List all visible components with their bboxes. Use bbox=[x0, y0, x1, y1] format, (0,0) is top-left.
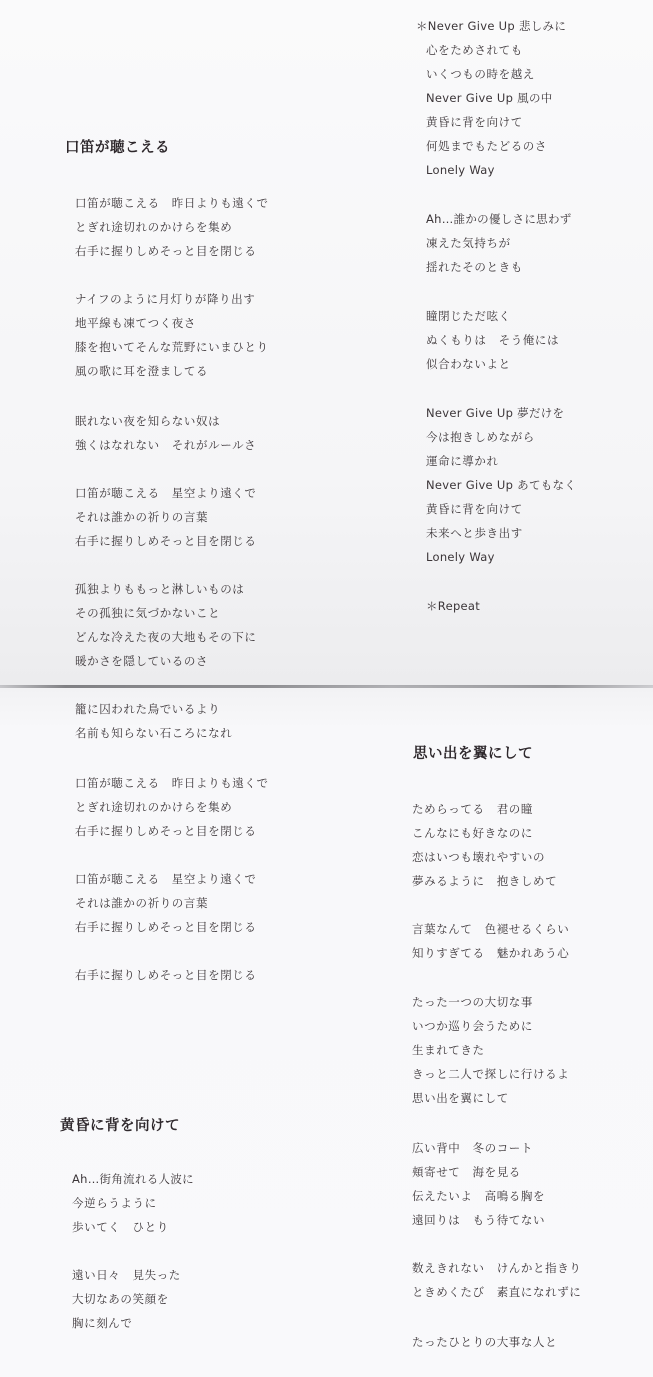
song-title-kuchibue: 口笛が聴こえる bbox=[65, 136, 170, 157]
lyric-line: 今は抱きしめながら bbox=[426, 425, 576, 449]
lyric-line: いくつもの時を越え bbox=[416, 62, 566, 86]
repeat-marker: ＊Repeat bbox=[426, 594, 480, 618]
stanza: 孤独よりももっと淋しいものは その孤独に気づかないこと どんな冷えた夜の大地もそ… bbox=[75, 577, 257, 673]
lyric-line: ときめくたび 素直になれずに bbox=[412, 1280, 581, 1304]
stanza: 広い背中 冬のコート 頬寄せて 海を見る 伝えたいよ 高鳴る胸を 遠回りは もう… bbox=[412, 1136, 545, 1232]
stanza: 籠に囚われた鳥でいるより 名前も知らない石ころになれ bbox=[75, 697, 232, 745]
lyric-line: Never Give Up あてもなく bbox=[426, 473, 576, 497]
lyric-line: 胸に刻んで bbox=[72, 1311, 181, 1335]
lyric-line: 右手に握りしめそっと目を閉じる bbox=[75, 529, 257, 553]
lyric-line: 心をためされても bbox=[416, 38, 566, 62]
lyric-line: 右手に握りしめそっと目を閉じる bbox=[75, 915, 257, 939]
lyric-line: 強くはなれない それがルールさ bbox=[75, 433, 256, 457]
lyric-line: ナイフのように月灯りが降り出す bbox=[75, 287, 269, 311]
lyric-line: 黄昏に背を向けて bbox=[426, 497, 576, 521]
lyric-line: 黄昏に背を向けて bbox=[416, 110, 566, 134]
lyric-line: 伝えたいよ 高鳴る胸を bbox=[412, 1184, 545, 1208]
stanza: 遠い日々 見失った 大切なあの笑顔を 胸に刻んで bbox=[72, 1263, 181, 1335]
lyric-line: 眠れない夜を知らない奴は bbox=[75, 409, 256, 433]
lyric-line: どんな冷えた夜の大地もその下に bbox=[75, 625, 257, 649]
lyric-line: 遠い日々 見失った bbox=[72, 1263, 181, 1287]
lyric-line: 歩いてく ひとり bbox=[72, 1215, 194, 1239]
stanza: 口笛が聴こえる 昨日よりも遠くで とぎれ途切れのかけらを集め 右手に握りしめそっ… bbox=[75, 771, 269, 843]
lyric-line: 思い出を翼にして bbox=[412, 1086, 569, 1110]
lyric-line: 数えきれない けんかと指きり bbox=[412, 1256, 581, 1280]
stanza-repeat: ＊Repeat bbox=[426, 594, 480, 618]
lyric-line: とぎれ途切れのかけらを集め bbox=[75, 215, 269, 239]
lyric-line: たったひとりの大事な人と bbox=[412, 1330, 557, 1354]
stanza: 瞳閉じただ呟く ぬくもりは そう俺には 似合わないよと bbox=[426, 304, 559, 376]
lyric-line: 生まれてきた bbox=[412, 1038, 569, 1062]
lyric-line: 何処までもたどるのさ bbox=[416, 134, 566, 158]
stanza: たったひとりの大事な人と bbox=[412, 1330, 557, 1354]
lyric-line: 知りすぎてる 魅かれあう心 bbox=[412, 941, 569, 965]
stanza: 右手に握りしめそっと目を閉じる bbox=[75, 963, 257, 987]
stanza: 口笛が聴こえる 星空より遠くで それは誰かの祈りの言葉 右手に握りしめそっと目を… bbox=[75, 481, 257, 553]
lyric-line: 夢みるように 抱きしめて bbox=[412, 869, 557, 893]
lyric-line: 口笛が聴こえる 星空より遠くで bbox=[75, 481, 257, 505]
lyric-line: 右手に握りしめそっと目を閉じる bbox=[75, 819, 269, 843]
lyric-line: その孤独に気づかないこと bbox=[75, 601, 257, 625]
lyric-line: 未来へと歩き出す bbox=[426, 521, 576, 545]
lyric-line: きっと二人で探しに行けるよ bbox=[412, 1062, 569, 1086]
lyric-line: 頬寄せて 海を見る bbox=[412, 1160, 545, 1184]
lyric-line: Never Give Up 風の中 bbox=[416, 86, 566, 110]
song-title-tasogare: 黄昏に背を向けて bbox=[60, 1114, 180, 1135]
stanza: 数えきれない けんかと指きり ときめくたび 素直になれずに bbox=[412, 1256, 581, 1304]
stanza: Ah…街角流れる人波に 今逆らうように 歩いてく ひとり bbox=[72, 1167, 194, 1239]
lyric-line: Ah…誰かの優しさに思わず bbox=[426, 207, 572, 231]
lyric-line: こんなにも好きなのに bbox=[412, 821, 557, 845]
lyric-line: それは誰かの祈りの言葉 bbox=[75, 505, 257, 529]
lyric-line: 暖かさを隠しているのさ bbox=[75, 649, 257, 673]
stanza: たった一つの大切な事 いつか巡り会うために 生まれてきた きっと二人で探しに行け… bbox=[412, 990, 569, 1110]
lyric-line: 揺れたそのときも bbox=[426, 255, 572, 279]
lyric-line: 籠に囚われた鳥でいるより bbox=[75, 697, 232, 721]
lyric-line: ＊Never Give Up 悲しみに bbox=[416, 14, 566, 38]
lyric-line: 地平線も凍てつく夜さ bbox=[75, 311, 269, 335]
lyric-line: 凍えた気持ちが bbox=[426, 231, 572, 255]
stanza: ためらってる 君の瞳 こんなにも好きなのに 恋はいつも壊れやすいの 夢みるように… bbox=[412, 797, 557, 893]
lyric-line: 口笛が聴こえる 昨日よりも遠くで bbox=[75, 771, 269, 795]
lyric-line: 広い背中 冬のコート bbox=[412, 1136, 545, 1160]
lyric-line: 恋はいつも壊れやすいの bbox=[412, 845, 557, 869]
lyric-line: 風の歌に耳を澄ましてる bbox=[75, 359, 269, 383]
stanza: 口笛が聴こえる 昨日よりも遠くで とぎれ途切れのかけらを集め 右手に握りしめそっ… bbox=[75, 191, 269, 263]
lyric-line: 名前も知らない石ころになれ bbox=[75, 721, 232, 745]
lyric-line: とぎれ途切れのかけらを集め bbox=[75, 795, 269, 819]
stanza: 眠れない夜を知らない奴は 強くはなれない それがルールさ bbox=[75, 409, 256, 457]
stanza: 言葉なんて 色褪せるくらい 知りすぎてる 魅かれあう心 bbox=[412, 917, 569, 965]
lyric-line: Lonely Way bbox=[426, 545, 576, 569]
lyric-line: 右手に握りしめそっと目を閉じる bbox=[75, 963, 257, 987]
stanza: Never Give Up 夢だけを 今は抱きしめながら 運命に導かれ Neve… bbox=[426, 401, 576, 569]
lyric-line: 言葉なんて 色褪せるくらい bbox=[412, 917, 569, 941]
lyric-line: ぬくもりは そう俺には bbox=[426, 328, 559, 352]
lyric-line: ためらってる 君の瞳 bbox=[412, 797, 557, 821]
stanza: 口笛が聴こえる 星空より遠くで それは誰かの祈りの言葉 右手に握りしめそっと目を… bbox=[75, 867, 257, 939]
lyric-line: いつか巡り会うために bbox=[412, 1014, 569, 1038]
lyric-line: Lonely Way bbox=[416, 158, 566, 182]
lyric-line: 孤独よりももっと淋しいものは bbox=[75, 577, 257, 601]
song-title-omoide: 思い出を翼にして bbox=[413, 742, 533, 763]
stanza: ナイフのように月灯りが降り出す 地平線も凍てつく夜さ 膝を抱いてそんな荒野にいま… bbox=[75, 287, 269, 383]
lyric-line: たった一つの大切な事 bbox=[412, 990, 569, 1014]
lyric-line: それは誰かの祈りの言葉 bbox=[75, 891, 257, 915]
lyric-line: 運命に導かれ bbox=[426, 449, 576, 473]
lyric-line: 口笛が聴こえる 昨日よりも遠くで bbox=[75, 191, 269, 215]
lyric-line: 口笛が聴こえる 星空より遠くで bbox=[75, 867, 257, 891]
lyric-line: 似合わないよと bbox=[426, 352, 559, 376]
stanza-chorus: ＊Never Give Up 悲しみに 心をためされても いくつもの時を越え N… bbox=[416, 14, 566, 182]
lyric-line: 膝を抱いてそんな荒野にいまひとり bbox=[75, 335, 269, 359]
lyric-line: 瞳閉じただ呟く bbox=[426, 304, 559, 328]
lyric-line: 今逆らうように bbox=[72, 1191, 194, 1215]
stanza: Ah…誰かの優しさに思わず 凍えた気持ちが 揺れたそのときも bbox=[426, 207, 572, 279]
lyric-line: 大切なあの笑顔を bbox=[72, 1287, 181, 1311]
lyric-line: Ah…街角流れる人波に bbox=[72, 1167, 194, 1191]
lyric-line: 右手に握りしめそっと目を閉じる bbox=[75, 239, 269, 263]
lyric-line: Never Give Up 夢だけを bbox=[426, 401, 576, 425]
lyric-line: 遠回りは もう待てない bbox=[412, 1208, 545, 1232]
page-fold-line bbox=[0, 685, 653, 688]
